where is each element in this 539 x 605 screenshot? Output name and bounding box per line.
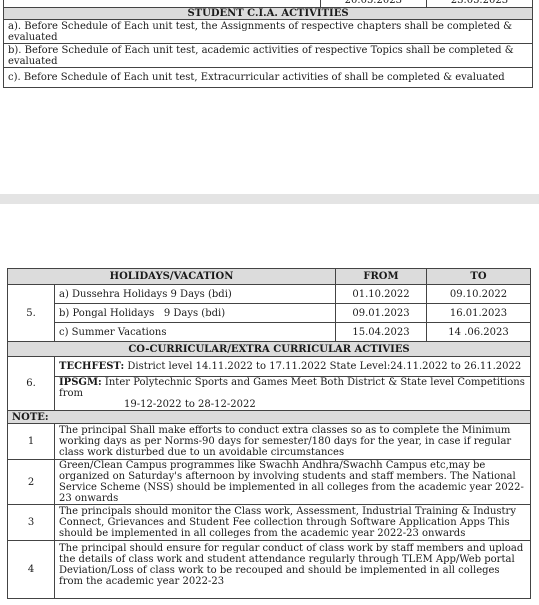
- cia-item-a: a). Before Schedule of Each unit test, t…: [4, 20, 533, 44]
- ipsgm-text: Inter Polytechnic Sports and Games Meet …: [59, 377, 525, 399]
- note-text: The principal should ensure for regular …: [55, 541, 531, 599]
- student-cia-table: 20.05.2023 23.05.2023 STUDENT C.I.A. ACT…: [3, 0, 533, 88]
- techfest-text: District level 14.11.2022 to 17.11.2022 …: [124, 361, 521, 372]
- holiday-from: 09.01.2023: [336, 304, 427, 323]
- note-header: NOTE:: [8, 411, 531, 424]
- holiday-label: c) Summer Vacations: [55, 323, 336, 342]
- holidays-number: 5.: [8, 285, 55, 342]
- note-text: The principals should monitor the Class …: [55, 505, 531, 541]
- ipsgm-key: IPSGM:: [59, 377, 102, 388]
- note-text: The principal Shall make efforts to cond…: [55, 424, 531, 460]
- holiday-label: b) Pongal Holidays 9 Days (bdi): [55, 304, 336, 323]
- techfest-item: TECHFEST: District level 14.11.2022 to 1…: [55, 357, 531, 377]
- techfest-key: TECHFEST:: [59, 361, 124, 372]
- note-number: 2: [8, 460, 55, 505]
- holiday-to: 09.10.2022: [427, 285, 531, 304]
- cut-row-to: 23.05.2023: [426, 0, 532, 8]
- holiday-label: a) Dussehra Holidays 9 Days (bdi): [55, 285, 336, 304]
- cia-title: STUDENT C.I.A. ACTIVITIES: [4, 8, 533, 20]
- from-header: FROM: [336, 269, 427, 285]
- cut-row-label: [4, 0, 321, 8]
- holiday-from: 15.04.2023: [336, 323, 427, 342]
- holiday-to: 14 .06.2023: [427, 323, 531, 342]
- holiday-from: 01.10.2022: [336, 285, 427, 304]
- cut-row-from: 20.05.2023: [320, 0, 426, 8]
- note-text: Green/Clean Campus programmes like Swach…: [55, 460, 531, 505]
- page-separator: [0, 194, 539, 204]
- cocurricular-number: 6.: [8, 357, 55, 411]
- cia-item-b: b). Before Schedule of Each unit test, a…: [4, 44, 533, 68]
- to-header: TO: [427, 269, 531, 285]
- note-number: 3: [8, 505, 55, 541]
- holidays-activities-table: HOLIDAYS/VACATION FROM TO 5. a) Dussehra…: [7, 268, 531, 599]
- cocurricular-header: CO-CURRICULAR/EXTRA CURRICULAR ACTIVIES: [8, 342, 531, 357]
- cia-item-c: c). Before Schedule of Each unit test, E…: [4, 68, 533, 88]
- note-number: 4: [8, 541, 55, 599]
- holidays-header: HOLIDAYS/VACATION: [8, 269, 336, 285]
- ipsgm-dates: 19-12-2022 to 28-12-2022: [59, 399, 256, 410]
- ipsgm-item: IPSGM: Inter Polytechnic Sports and Game…: [55, 377, 531, 411]
- holiday-to: 16.01.2023: [427, 304, 531, 323]
- note-number: 1: [8, 424, 55, 460]
